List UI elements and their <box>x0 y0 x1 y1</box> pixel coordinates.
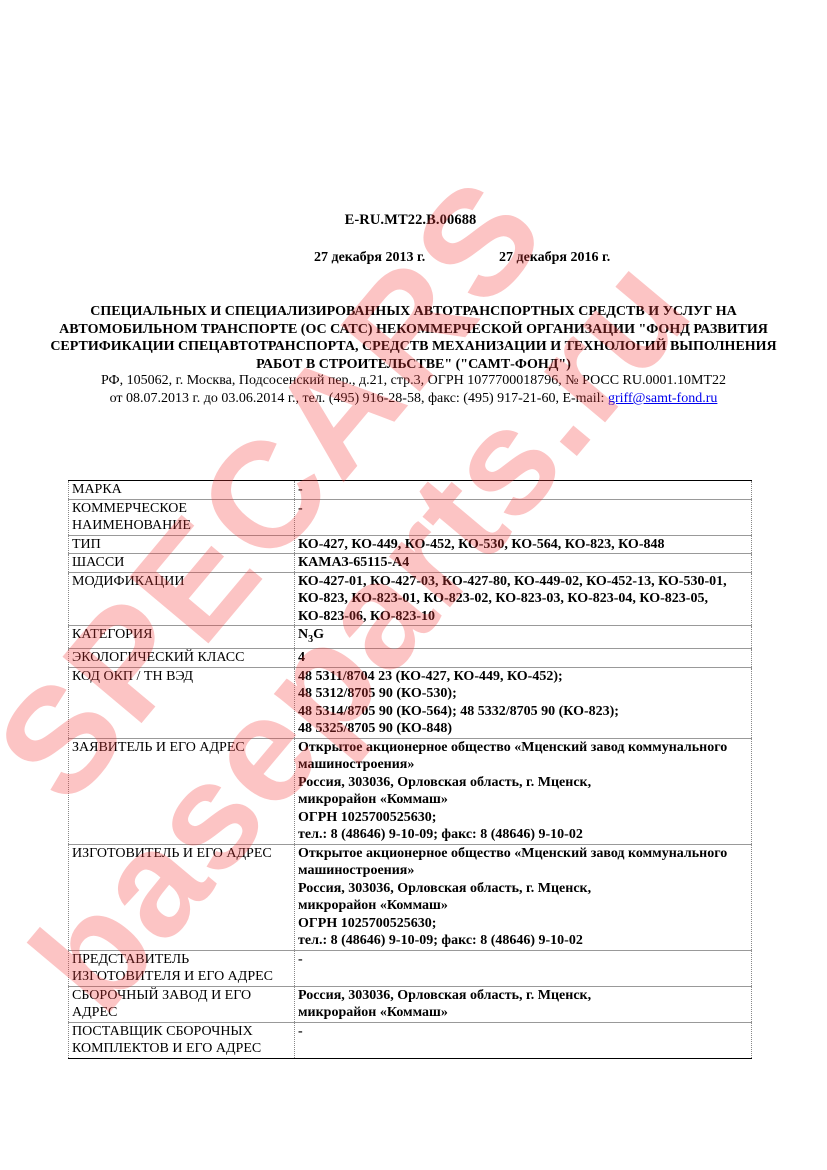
issuer-contacts: от 08.07.2013 г. до 03.06.2014 г., тел. … <box>110 391 608 406</box>
row-value-line: N3G <box>298 626 751 648</box>
row-value-line: - <box>298 481 751 499</box>
row-value-line: КАМАЗ-65115-А4 <box>298 554 751 572</box>
row-value-line: Открытое акционерное общество «Мценский … <box>298 845 751 880</box>
row-label: КОД ОКП / ТН ВЭД <box>69 667 295 738</box>
row-value-line: ОГРН 1025700525630; <box>298 809 751 827</box>
table-row: ЗАЯВИТЕЛЬ И ЕГО АДРЕСОткрытое акционерно… <box>69 738 752 844</box>
table-row: КОММЕРЧЕСКОЕ НАИМЕНОВАНИЕ- <box>69 499 752 535</box>
row-value-line: 48 5312/8705 90 (КО-530); <box>298 685 751 703</box>
row-value-line: Россия, 303036, Орловская область, г. Мц… <box>298 880 751 898</box>
certificate-number-text: E-RU.MT22.B.00688 <box>345 212 477 228</box>
certificate-number: E-RU.MT22.B.00688 <box>0 212 827 229</box>
table-row: ПРЕДСТАВИТЕЛЬ ИЗГОТОВИТЕЛЯ И ЕГО АДРЕС- <box>69 950 752 986</box>
row-value-line: Открытое акционерное общество «Мценский … <box>298 739 751 774</box>
table-row: СБОРОЧНЫЙ ЗАВОД И ЕГО АДРЕСРоссия, 30303… <box>69 986 752 1022</box>
row-value-line: - <box>298 500 751 518</box>
specification-table: МАРКА-КОММЕРЧЕСКОЕ НАИМЕНОВАНИЕ-ТИПКО-42… <box>68 480 752 1059</box>
row-value: Открытое акционерное общество «Мценский … <box>295 844 752 950</box>
table-row: КАТЕГОРИЯN3G <box>69 626 752 649</box>
row-value: N3G <box>295 626 752 649</box>
row-label: ПРЕДСТАВИТЕЛЬ ИЗГОТОВИТЕЛЯ И ЕГО АДРЕС <box>69 950 295 986</box>
row-value: КО-427, КО-449, КО-452, КО-530, КО-564, … <box>295 535 752 554</box>
row-value-line: КО-427-01, КО-427-03, КО-427-80, КО-449-… <box>298 573 751 626</box>
table-row: ПОСТАВЩИК СБОРОЧНЫХ КОМПЛЕКТОВ И ЕГО АДР… <box>69 1022 752 1058</box>
table-row: ЭКОЛОГИЧЕСКИЙ КЛАСС4 <box>69 649 752 668</box>
row-value: - <box>295 950 752 986</box>
row-value-line: микрорайон «Коммаш» <box>298 791 751 809</box>
expiry-date: 27 декабря 2016 г. <box>499 250 610 266</box>
table-row: ИЗГОТОВИТЕЛЬ И ЕГО АДРЕСОткрытое акционе… <box>69 844 752 950</box>
row-label: ПОСТАВЩИК СБОРОЧНЫХ КОМПЛЕКТОВ И ЕГО АДР… <box>69 1022 295 1058</box>
row-label: КАТЕГОРИЯ <box>69 626 295 649</box>
row-value-line: 4 <box>298 649 751 667</box>
row-value-line: Россия, 303036, Орловская область, г. Мц… <box>298 774 751 792</box>
issuer-email-link[interactable]: griff@samt-fond.ru <box>608 391 717 406</box>
row-value: Россия, 303036, Орловская область, г. Мц… <box>295 986 752 1022</box>
row-value-line: - <box>298 951 751 969</box>
row-value-line: - <box>298 1023 751 1041</box>
row-label: МОДИФИКАЦИИ <box>69 572 295 626</box>
row-value: Открытое акционерное общество «Мценский … <box>295 738 752 844</box>
row-value-line: ОГРН 1025700525630; <box>298 915 751 933</box>
row-label: ШАССИ <box>69 554 295 573</box>
row-label: ТИП <box>69 535 295 554</box>
row-value-line: КО-427, КО-449, КО-452, КО-530, КО-564, … <box>298 536 751 554</box>
issuer-address-line2: от 08.07.2013 г. до 03.06.2014 г., тел. … <box>30 390 797 408</box>
row-label: ЭКОЛОГИЧЕСКИЙ КЛАСС <box>69 649 295 668</box>
table-row: ТИПКО-427, КО-449, КО-452, КО-530, КО-56… <box>69 535 752 554</box>
issuer-address: РФ, 105062, г. Москва, Подсосенский пер.… <box>30 372 797 408</box>
issuer-address-line1: РФ, 105062, г. Москва, Подсосенский пер.… <box>30 372 797 390</box>
row-value: КО-427-01, КО-427-03, КО-427-80, КО-449-… <box>295 572 752 626</box>
table-row: МОДИФИКАЦИИКО-427-01, КО-427-03, КО-427-… <box>69 572 752 626</box>
row-value: - <box>295 499 752 535</box>
row-value-line: 48 5314/8705 90 (КО-564); 48 5332/8705 9… <box>298 703 751 721</box>
row-value-line: тел.: 8 (48646) 9-10-09; факс: 8 (48646)… <box>298 932 751 950</box>
row-value-line: Россия, 303036, Орловская область, г. Мц… <box>298 987 751 1005</box>
row-label: ИЗГОТОВИТЕЛЬ И ЕГО АДРЕС <box>69 844 295 950</box>
row-value-line: тел.: 8 (48646) 9-10-09; факс: 8 (48646)… <box>298 826 751 844</box>
table-row: МАРКА- <box>69 481 752 500</box>
row-label: МАРКА <box>69 481 295 500</box>
issue-date: 27 декабря 2013 г. <box>314 250 425 265</box>
row-label: СБОРОЧНЫЙ ЗАВОД И ЕГО АДРЕС <box>69 986 295 1022</box>
table-row: КОД ОКП / ТН ВЭД48 5311/8704 23 (КО-427,… <box>69 667 752 738</box>
row-label: КОММЕРЧЕСКОЕ НАИМЕНОВАНИЕ <box>69 499 295 535</box>
row-value-line: 48 5311/8704 23 (КО-427, КО-449, КО-452)… <box>298 668 751 686</box>
row-value-line: 48 5325/8705 90 (КО-848) <box>298 720 751 738</box>
row-value: КАМАЗ-65115-А4 <box>295 554 752 573</box>
validity-dates: 27 декабря 2013 г. 27 декабря 2016 г. <box>314 250 425 266</box>
issuer-org-name: СПЕЦИАЛЬНЫХ И СПЕЦИАЛИЗИРОВАННЫХ АВТОТРА… <box>40 303 787 373</box>
row-value: 48 5311/8704 23 (КО-427, КО-449, КО-452)… <box>295 667 752 738</box>
table-row: ШАССИКАМАЗ-65115-А4 <box>69 554 752 573</box>
row-value: 4 <box>295 649 752 668</box>
row-label: ЗАЯВИТЕЛЬ И ЕГО АДРЕС <box>69 738 295 844</box>
row-value-line: микрорайон «Коммаш» <box>298 897 751 915</box>
row-value-line: микрорайон «Коммаш» <box>298 1004 751 1022</box>
row-value: - <box>295 1022 752 1058</box>
row-value: - <box>295 481 752 500</box>
